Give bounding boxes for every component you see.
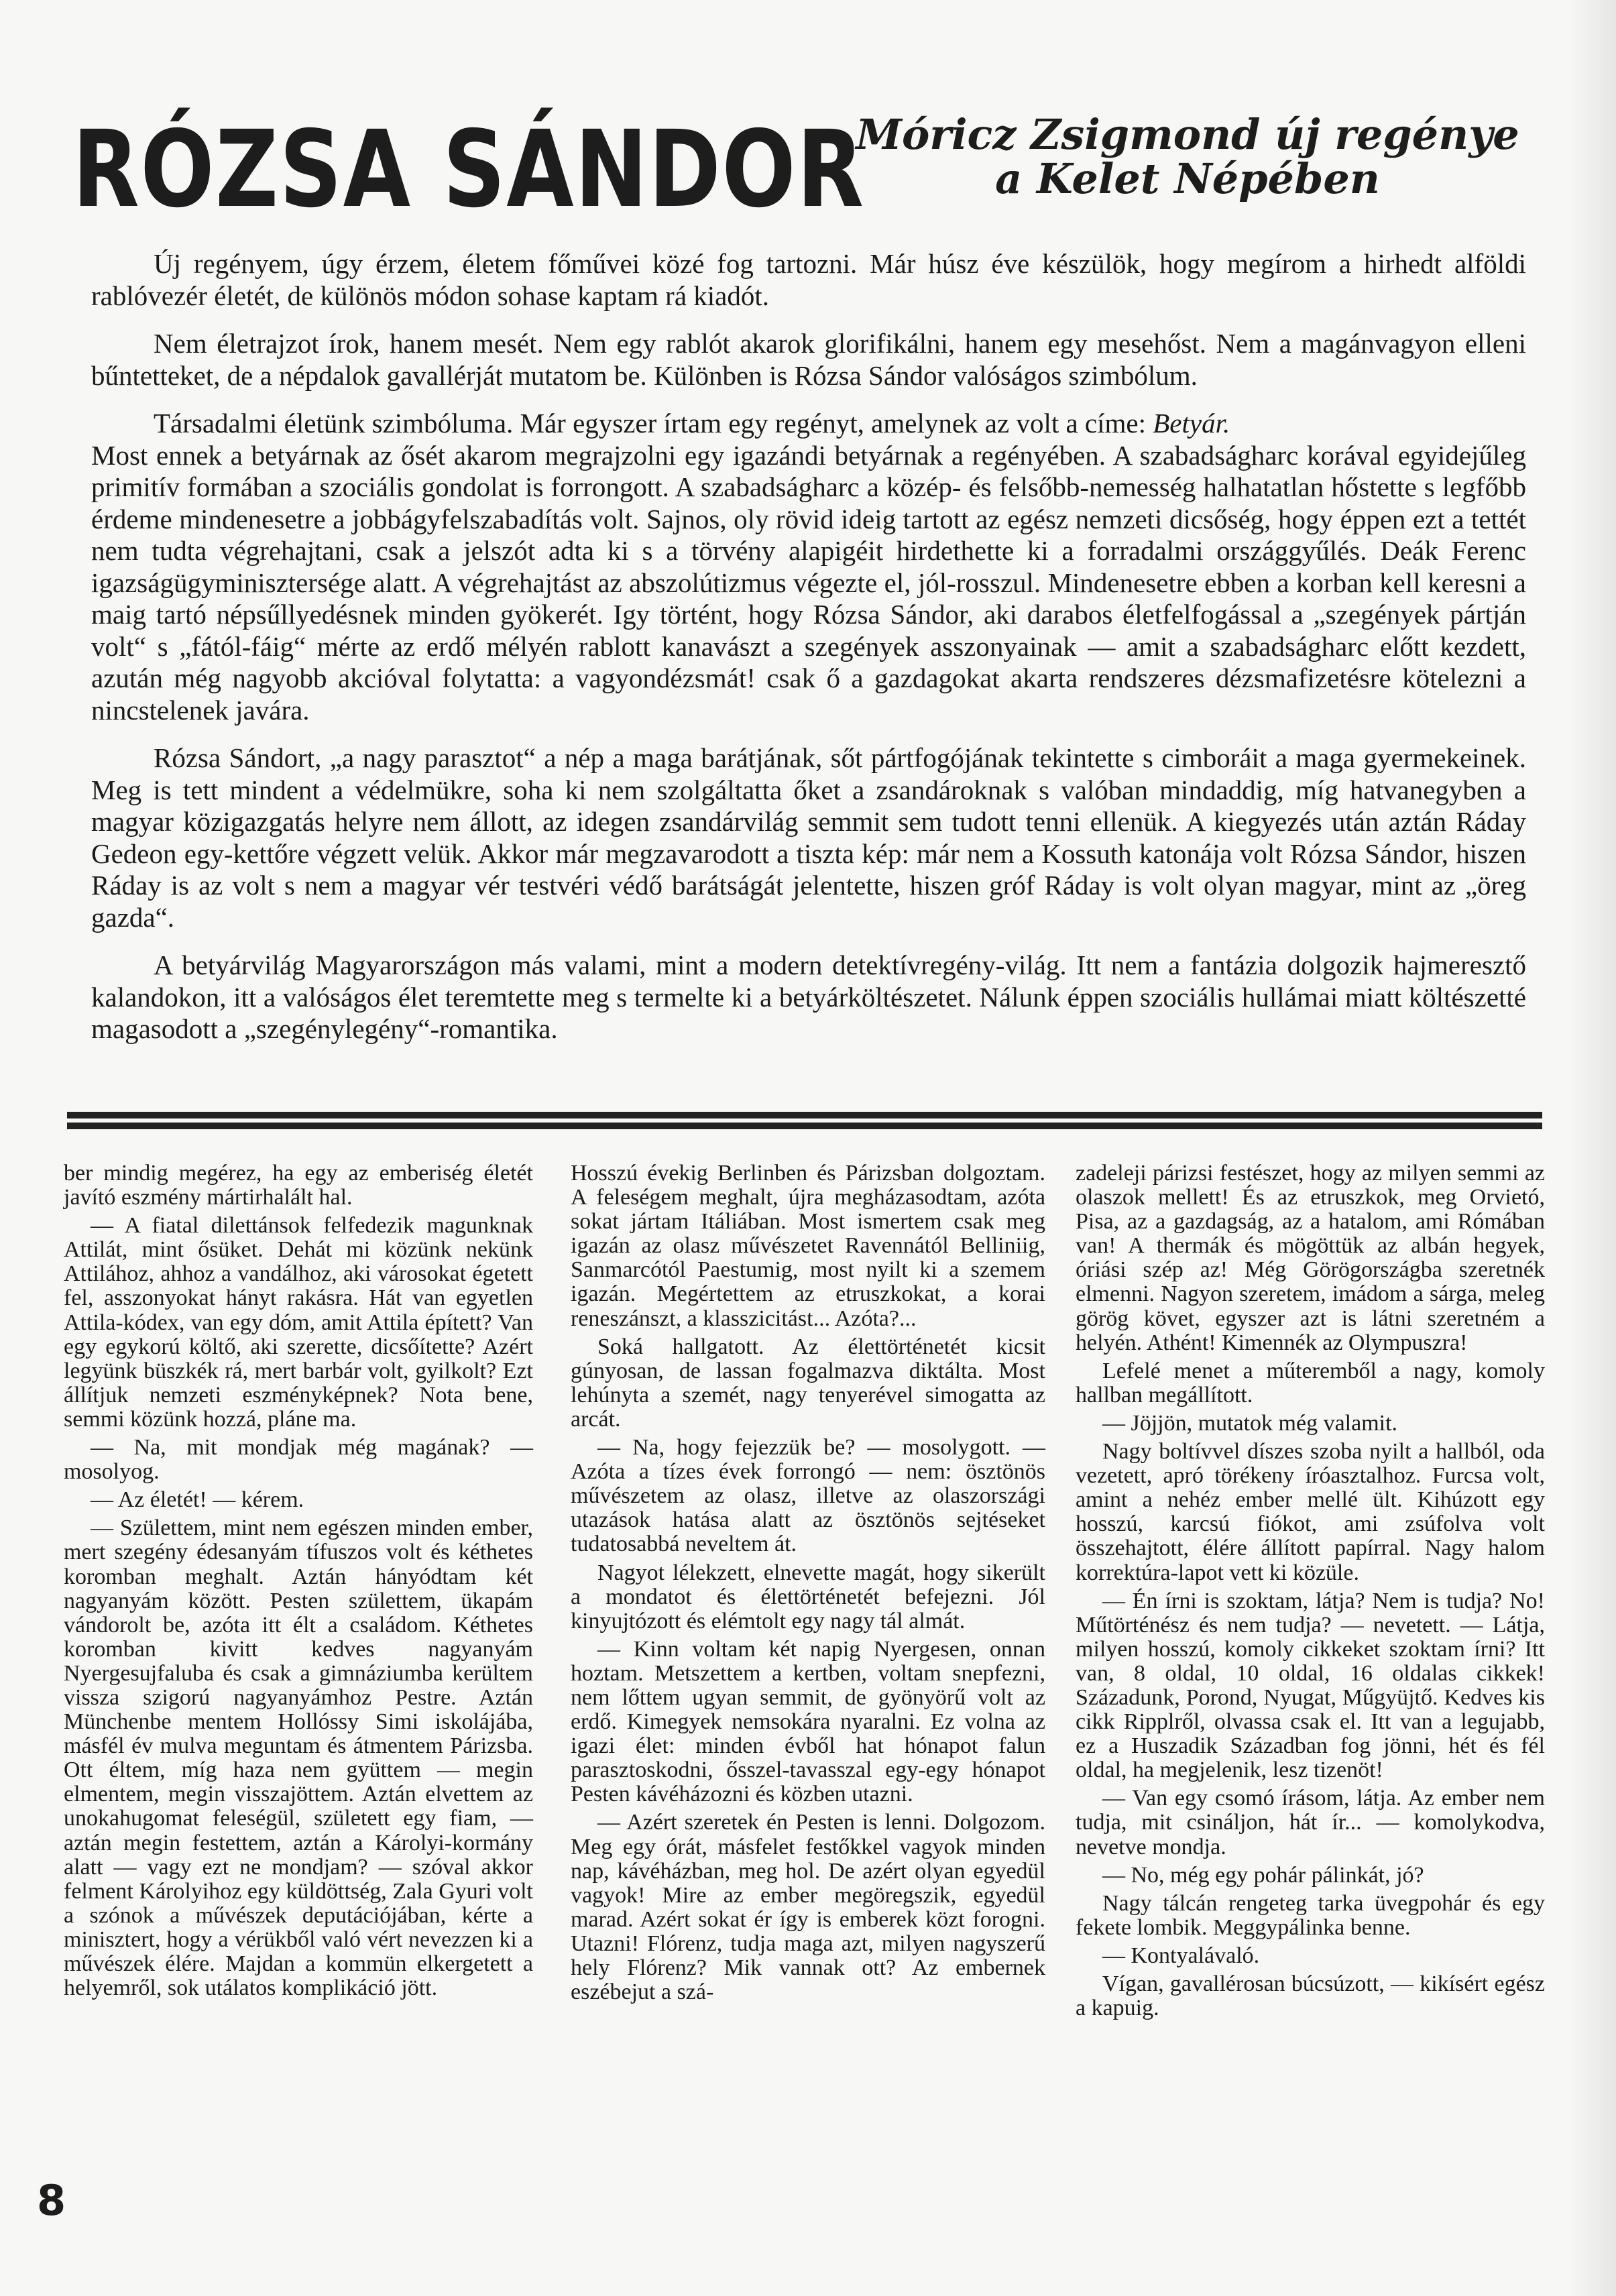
column-paragraph: — Én írni is szoktam, látja? Nem is tudj… xyxy=(1076,1589,1545,1783)
column-paragraph: — Jöjjön, mutatok még valamit. xyxy=(1076,1412,1545,1436)
page-edge-shadow xyxy=(1569,0,1616,2296)
column-paragraph: Nagyot lélekzett, elnevette magát, hogy … xyxy=(571,1561,1045,1633)
column-middle: Hosszú évekig Berlinben és Párizsban dol… xyxy=(571,1161,1045,2008)
article-title: RÓZSA SÁNDOR xyxy=(72,119,865,220)
column-left: ber mindig megérez, ha egy az emberiség … xyxy=(64,1161,533,2004)
column-paragraph: — Na, hogy fejezzük be? — mosolygott. — … xyxy=(571,1436,1045,1556)
column-paragraph: — Na, mit mondjak még magának? — mosolyo… xyxy=(64,1436,533,1484)
subtitle-line-2: a Kelet Népében xyxy=(809,157,1566,201)
article-subtitle: Móricz Zsigmond új regénye a Kelet Népéb… xyxy=(809,113,1566,201)
double-rule-divider xyxy=(67,1112,1542,1132)
column-paragraph: — Kinn voltam két napig Nyergesen, onnan… xyxy=(571,1638,1045,1807)
column-paragraph: Soká hallgatott. Az élettörténetét kicsi… xyxy=(571,1335,1045,1432)
column-paragraph: — No, még egy pohár pálinkát, jó? xyxy=(1076,1863,1545,1888)
column-paragraph: — Kontyalávaló. xyxy=(1076,1944,1545,1968)
page-number: 8 xyxy=(37,2176,66,2225)
intro-paragraph: Nem életrajzot írok, hanem mesét. Nem eg… xyxy=(91,328,1526,392)
column-paragraph: — Azért szeretek én Pesten is lenni. Dol… xyxy=(571,1811,1045,2004)
column-right: zadeleji párizsi festészet, hogy az mily… xyxy=(1076,1161,1545,2024)
column-paragraph: Hosszú évekig Berlinben és Párizsban dol… xyxy=(571,1161,1045,1331)
column-paragraph: — Születtem, mint nem egészen minden emb… xyxy=(64,1516,533,2000)
column-paragraph: Nagy tálcán rengeteg tarka üvegpohár és … xyxy=(1076,1892,1545,1940)
column-paragraph: zadeleji párizsi festészet, hogy az mily… xyxy=(1076,1161,1545,1355)
column-paragraph: — Az életét! — kérem. xyxy=(64,1488,533,1512)
subtitle-line-1: Móricz Zsigmond új regénye xyxy=(809,113,1566,157)
column-paragraph: Nagy boltívvel díszes szoba nyilt a hall… xyxy=(1076,1440,1545,1585)
rule-line xyxy=(67,1112,1542,1118)
intro-section: Új regényem, úgy érzem, életem főművei k… xyxy=(91,248,1526,1061)
intro-paragraph: Rózsa Sándort, „a nagy parasztot“ a nép … xyxy=(91,742,1526,933)
article-header: RÓZSA SÁNDOR Móricz Zsigmond új regénye … xyxy=(72,113,1548,227)
intro-paragraph: Új regényem, úgy érzem, életem főművei k… xyxy=(91,248,1526,312)
column-paragraph: Lefelé menet a műteremből a nagy, komoly… xyxy=(1076,1359,1545,1408)
intro-paragraph: Társadalmi életünk szimbóluma. Már egysz… xyxy=(91,408,1526,440)
column-paragraph: — Van egy csomó írásom, látja. Az ember … xyxy=(1076,1786,1545,1859)
column-paragraph: ber mindig megérez, ha egy az emberiség … xyxy=(64,1161,533,1210)
intro-text: Társadalmi életünk szimbóluma. Már egysz… xyxy=(154,408,1146,439)
column-paragraph: Vígan, gavallérosan búcsúzott, — kikísér… xyxy=(1076,1972,1545,2020)
intro-paragraph: Most ennek a betyárnak az ősét akarom me… xyxy=(91,440,1526,727)
intro-paragraph: A betyárvilág Magyarországon más valami,… xyxy=(91,950,1526,1045)
novel-title-italic: Betyár. xyxy=(1153,408,1230,439)
column-paragraph: — A fiatal dilettánsok felfedezik magunk… xyxy=(64,1214,533,1432)
rule-line xyxy=(67,1123,1542,1129)
